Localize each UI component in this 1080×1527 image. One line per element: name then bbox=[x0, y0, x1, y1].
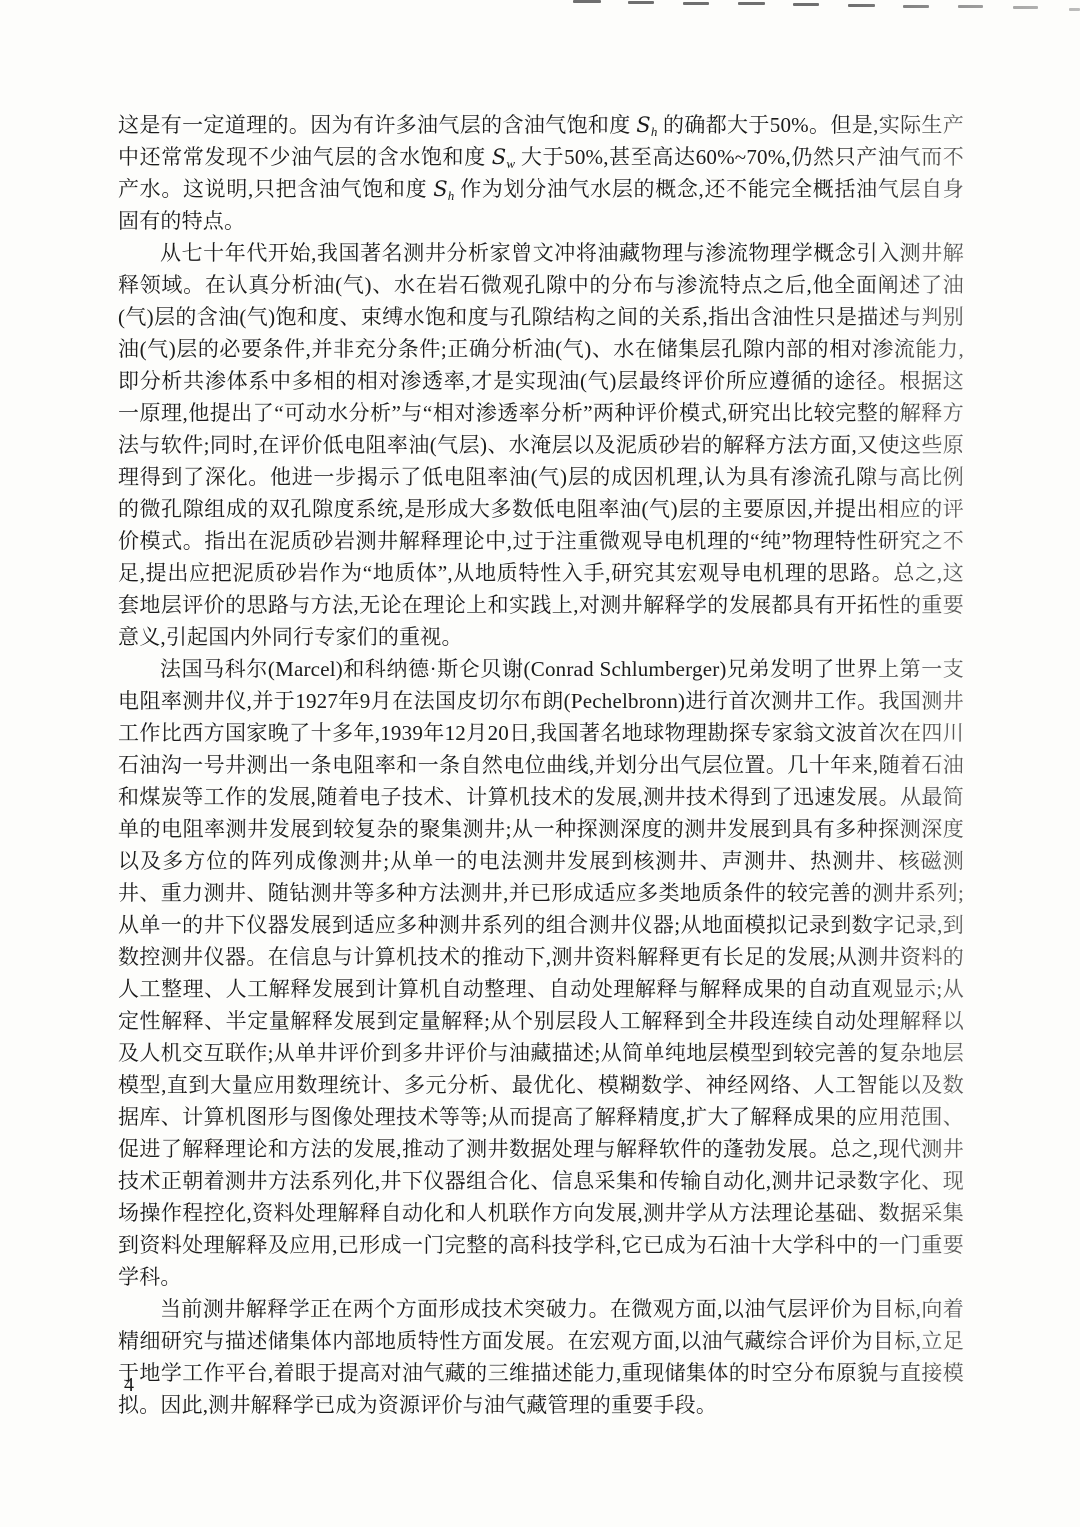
scan-edge-dashes bbox=[0, 0, 1080, 14]
text-column: 这是有一定道理的。因为有许多油气层的含油气饱和度 Sh 的确都大于50%。但是,… bbox=[118, 109, 964, 1421]
paragraph-1: 这是有一定道理的。因为有许多油气层的含油气饱和度 Sh 的确都大于50%。但是,… bbox=[118, 109, 964, 237]
scanned-page: 这是有一定道理的。因为有许多油气层的含油气饱和度 Sh 的确都大于50%。但是,… bbox=[0, 0, 1080, 1527]
paragraph-2: 从七十年代开始,我国著名测井分析家曾文冲将油藏物理与渗流物理学概念引入测井解释领… bbox=[118, 237, 964, 653]
paragraph-3: 法国马科尔(Marcel)和科纳德·斯仑贝谢(Conrad Schlumberg… bbox=[118, 653, 964, 1293]
paragraph-4: 当前测井解释学正在两个方面形成技术突破力。在微观方面,以油气层评价为目标,向着精… bbox=[118, 1293, 964, 1421]
page-number: 4 bbox=[124, 1374, 134, 1397]
